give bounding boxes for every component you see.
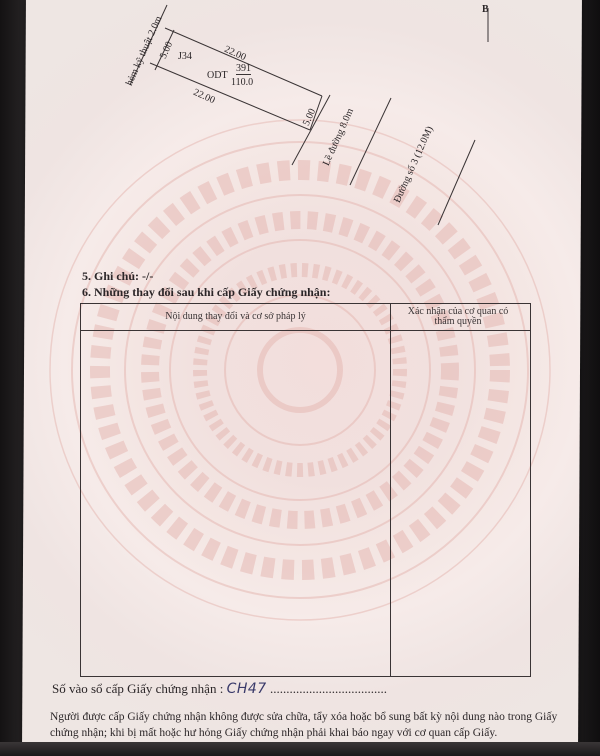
land-type: ODT (207, 70, 228, 81)
registry-label: Số vào sổ cấp Giấy chứng nhận : (52, 681, 223, 696)
confirmation-cell (391, 331, 530, 676)
changes-table: Nội dung thay đổi và cơ sở pháp lý Xác n… (80, 303, 531, 677)
registry-number: CH47 (227, 681, 267, 697)
note-label: 5. Ghi chú: (82, 269, 139, 283)
parcel-number: 391 (236, 64, 251, 75)
content-cell (81, 331, 390, 676)
column-header-content: Nội dung thay đổi và cơ sở pháp lý (81, 312, 390, 322)
parcel-area: 110.0 (231, 77, 253, 88)
background-bottom (0, 742, 600, 756)
changes-section-title: 6. Những thay đổi sau khi cấp Giấy chứng… (82, 285, 330, 300)
registry-line: Số vào sổ cấp Giấy chứng nhận : CH47 ...… (52, 681, 387, 697)
north-marker: B (482, 4, 489, 15)
note-value: -/- (142, 269, 153, 283)
column-header-confirmation: Xác nhận của cơ quan có thẩm quyền (399, 307, 517, 327)
registry-dots: .................................... (270, 681, 387, 696)
footer-note: Người được cấp Giấy chứng nhận không đượ… (50, 709, 570, 741)
parcel-id: J34 (178, 51, 192, 62)
note-section: 5. Ghi chú: -/- (82, 269, 153, 284)
